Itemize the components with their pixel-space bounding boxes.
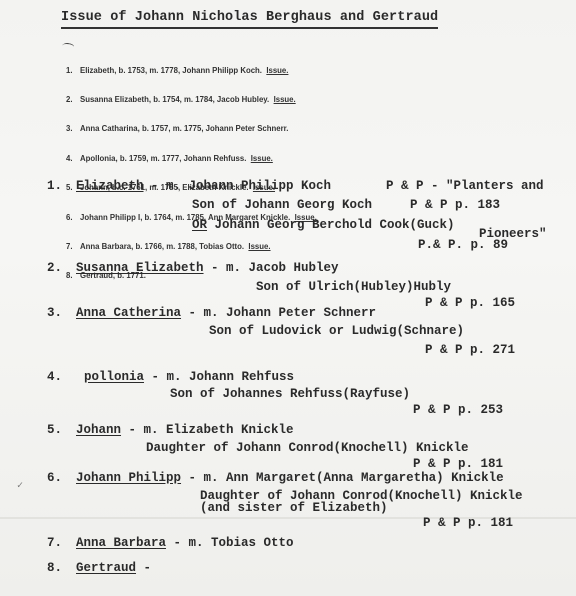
entry-5-ref: P & P p. 181 xyxy=(413,457,503,472)
summary-item: 7.Anna Barbara, b. 1766, m. 1788, Tobias… xyxy=(66,242,317,252)
entry-4-parent: Son of Johannes Rehfuss(Rayfuse) xyxy=(170,387,410,402)
child-name: pollonia xyxy=(76,370,144,384)
entry-4-heading: 4.pollonia - m. Johann Rehfuss xyxy=(47,370,294,385)
entry-1-ref: P.& P. p. 89 xyxy=(418,238,508,253)
child-name: Anna Catherina xyxy=(76,306,181,320)
entry-5-parent: Daughter of Johann Conrod(Knochell) Knic… xyxy=(146,441,469,456)
summary-item: 2.Susanna Elizabeth, b. 1754, m. 1784, J… xyxy=(66,95,317,105)
entry-7-heading: 7.Anna Barbara - m. Tobias Otto xyxy=(47,536,294,551)
entry-1-heading: 1.Elizabeth - m. Johann Philipp Koch xyxy=(47,179,331,194)
child-name: Anna Barbara xyxy=(76,536,166,550)
entry-3-parent: Son of Ludovick or Ludwig(Schnare) xyxy=(209,324,464,339)
entry-1-parent: Son of Johann Georg Koch xyxy=(192,198,372,213)
entry-5-heading: 5.Johann - m. Elizabeth Knickle xyxy=(47,423,294,438)
entry-1-ref-inline: P & P p. 183 xyxy=(410,198,500,213)
entry-3-ref: P & P p. 271 xyxy=(425,343,515,358)
entry-2-heading: 2.Susanna Elizabeth - m. Jacob Hubley xyxy=(47,261,339,276)
entry-6-heading: 6.Johann Philipp - m. Ann Margaret(Anna … xyxy=(47,471,504,486)
document-page: Issue of Johann Nicholas Berghaus and Ge… xyxy=(0,0,576,596)
entry-2-parent: Son of Ulrich(Hubley)Hubly xyxy=(256,280,451,295)
summary-item: 4.Apollonia, b. 1759, m. 1777, Johann Re… xyxy=(66,154,317,164)
summary-item: 3.Anna Catharina, b. 1757, m. 1775, Joha… xyxy=(66,124,317,134)
child-name: Gertraud xyxy=(76,561,136,575)
entry-2-ref: P & P p. 165 xyxy=(425,296,515,311)
entry-6-note: (and sister of Elizabeth) xyxy=(200,501,388,516)
entry-6-ref: P & P p. 181 xyxy=(423,516,513,531)
entry-3-heading: 3.Anna Catherina - m. Johann Peter Schne… xyxy=(47,306,376,321)
child-name: Johann Philipp xyxy=(76,471,181,485)
entry-4-ref: P & P p. 253 xyxy=(413,403,503,418)
handwritten-check-mark: ✓ xyxy=(17,480,23,492)
page-title: Issue of Johann Nicholas Berghaus and Ge… xyxy=(61,10,438,29)
child-name: Elizabeth xyxy=(76,179,144,193)
child-name: Susanna Elizabeth xyxy=(76,261,204,275)
entry-8-heading: 8.Gertraud - xyxy=(47,561,151,576)
summary-item: 1.Elizabeth, b. 1753, m. 1778, Johann Ph… xyxy=(66,66,317,76)
child-name: Johann xyxy=(76,423,121,437)
entry-1-alternate: OR Johann Georg Berchold Cook(Guck) xyxy=(192,218,455,233)
